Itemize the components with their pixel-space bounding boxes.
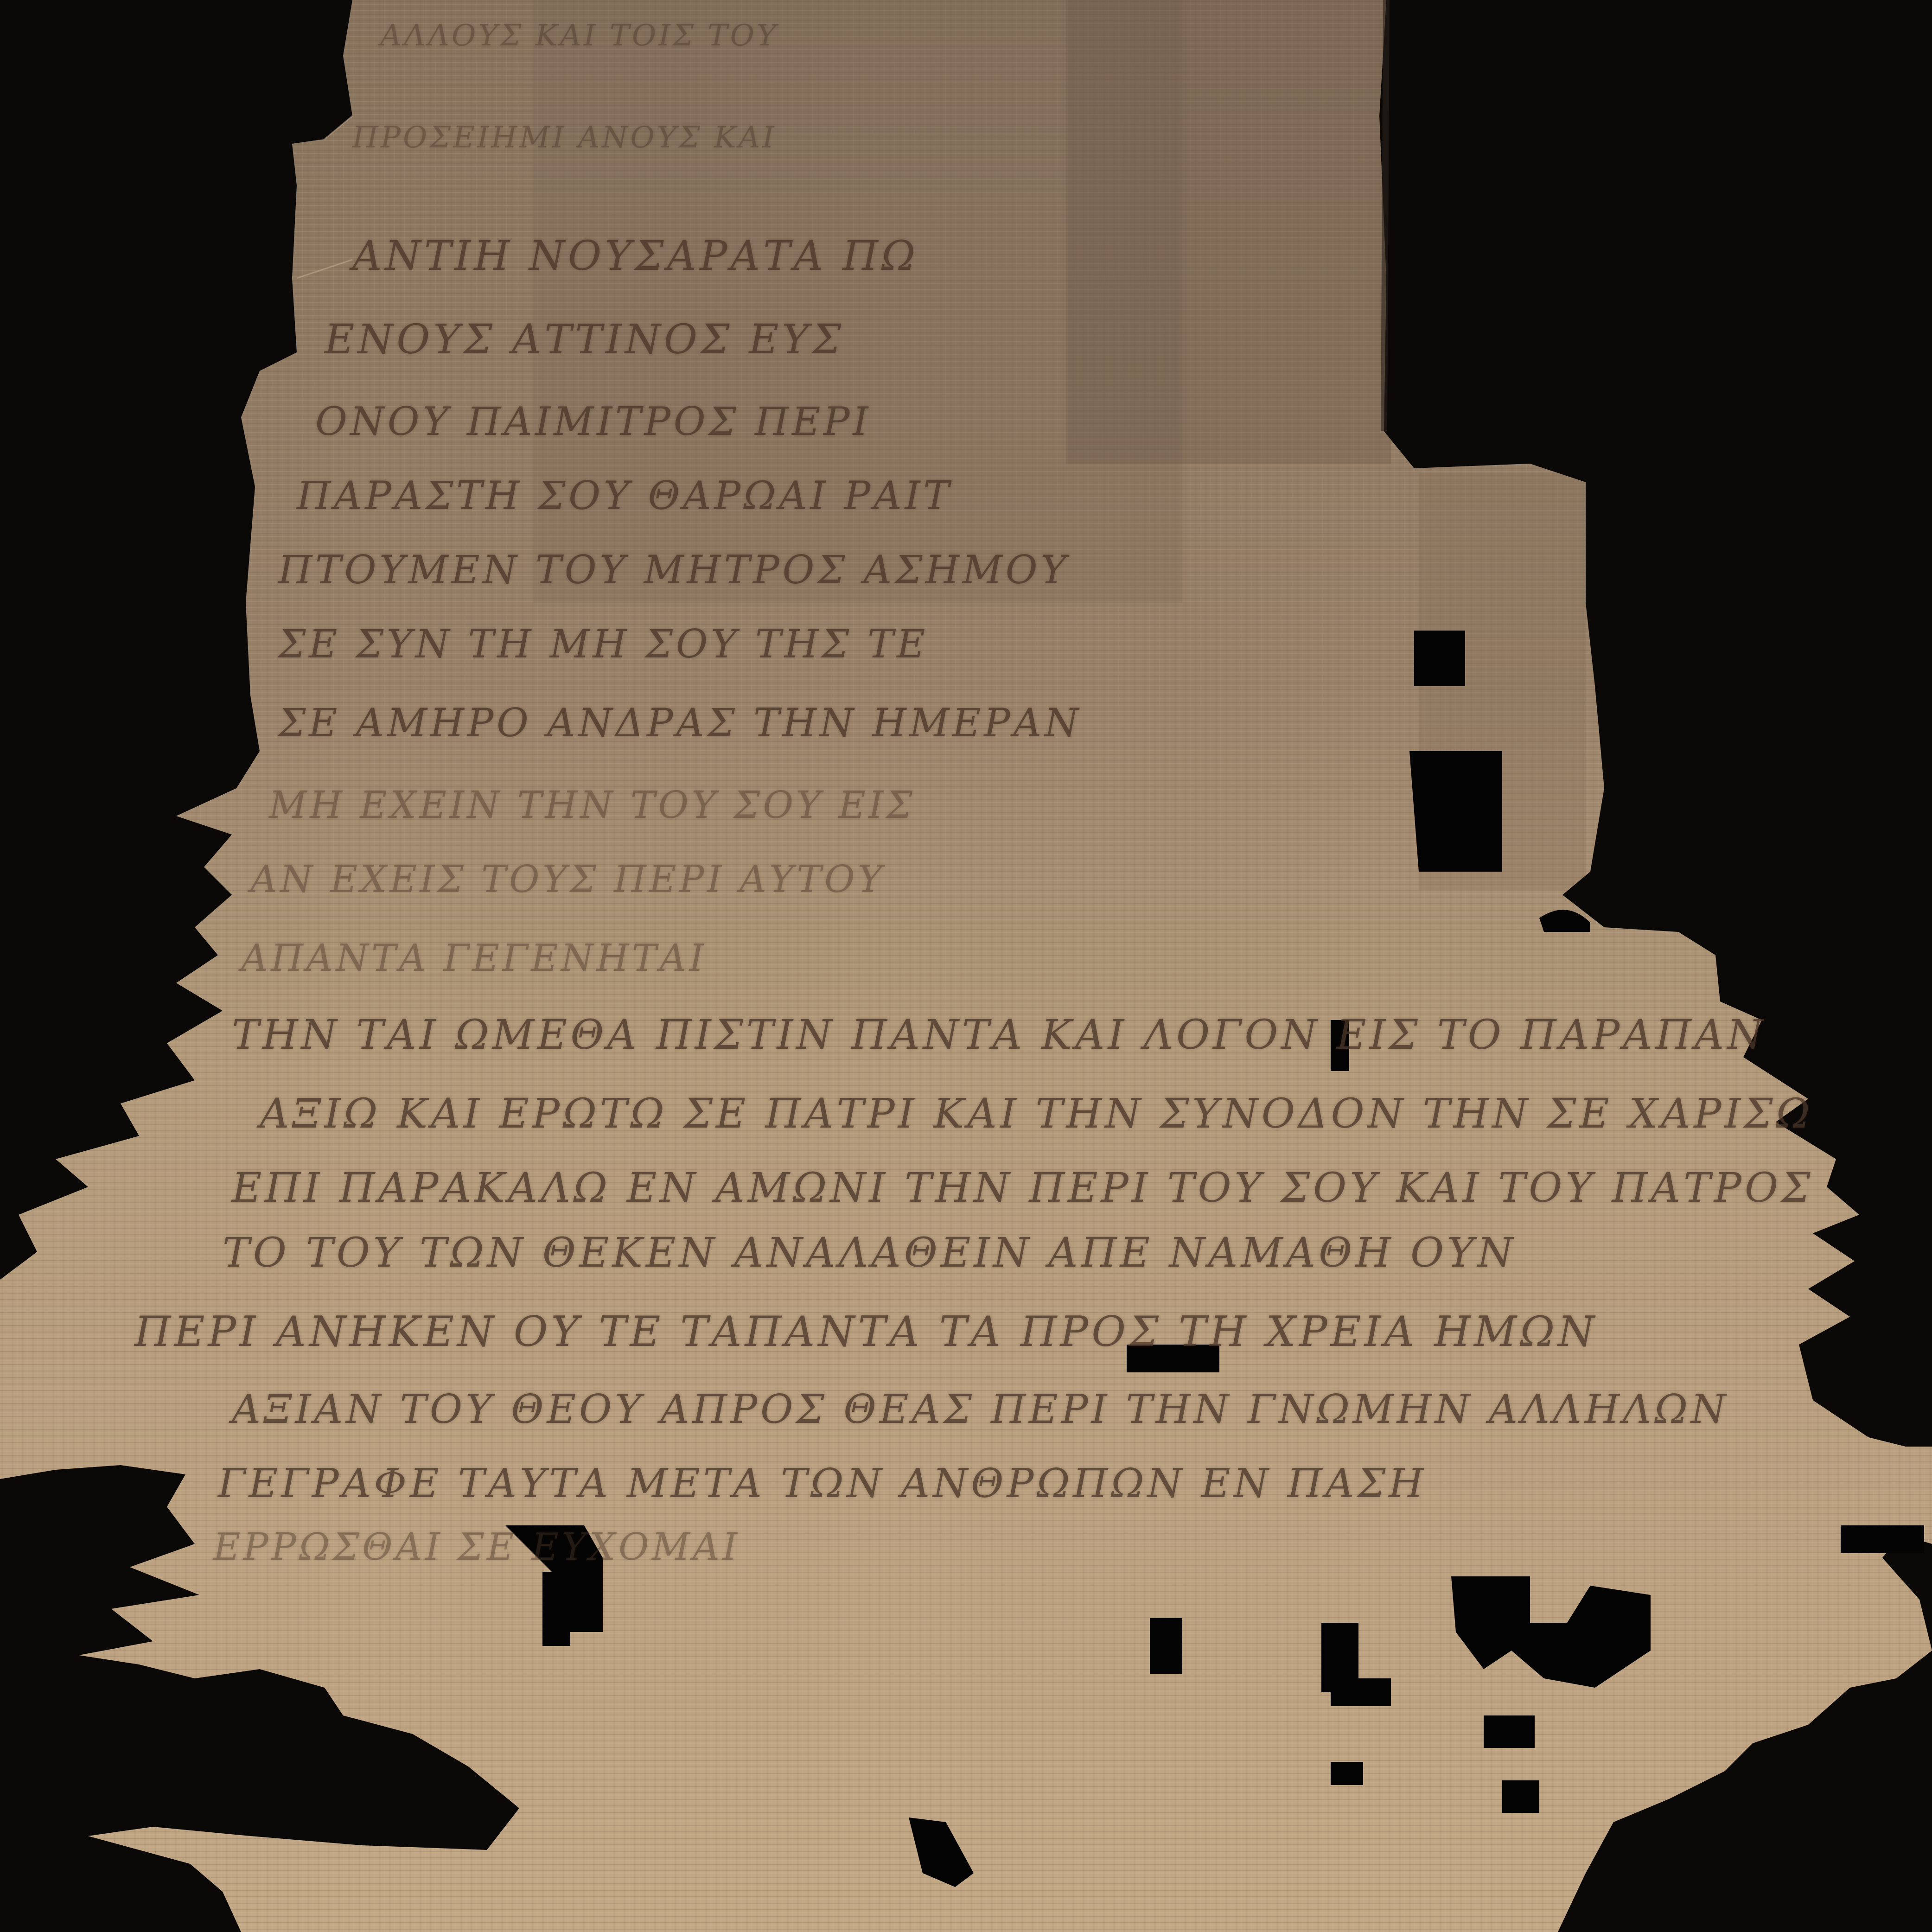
text-line: ΤΟ ΤΟΥ ΤΩΝ ΘΕΚΕΝ ΑΝΑΛΑΘΕΙΝ ΑΠΕ ΝΑΜΑΘΗ ΟΥ… [223,1229,1516,1276]
text-line: ΠΤΟΥΜΕΝ ΤΟΥ ΜΗΤΡΟΣ ΑΣΗΜΟΥ [278,547,1070,593]
text-line: ΕΡΡΩΣΘΑΙ ΣΕ ΕΥΧΟΜΑΙ [213,1525,740,1569]
text-line: ΑΝΤΙΗ ΝΟΥΣΑΡΑΤΑ ΠΩ [352,232,918,280]
text-line: ΑΝ ΕΧΕΙΣ ΤΟΥΣ ΠΕΡΙ ΑΥΤΟΥ [250,858,885,901]
text-line: ΣΕ ΑΜΗΡΟ ΑΝΔΡΑΣ ΤΗΝ ΗΜΕΡΑΝ [278,700,1082,746]
text-line: ΠΑΡΑΣΤΗ ΣΟΥ ΘΑΡΩΑΙ ΡΑΙΤ [297,473,952,518]
text-line: ΟΝΟΥ ΠΑΙΜΙΤΡΟΣ ΠΕΡΙ [315,399,871,444]
text-line: ΠΡΟΣΕΙΗΜΙ ΑΝΟΥΣ ΚΑΙ [352,121,777,155]
papyrus-photo: ΑΛΛΟΥΣ ΚΑΙ ΤΟΙΣ ΤΟΥ ΠΡΟΣΕΙΗΜΙ ΑΝΟΥΣ ΚΑΙ … [0,0,1932,1932]
text-line: ΓΕΓΡΑΦΕ ΤΑΥΤΑ ΜΕΤΑ ΤΩΝ ΑΝΘΡΩΠΩΝ ΕΝ ΠΑΣΗ [218,1460,1427,1507]
text-line: ΣΕ ΣΥΝ ΤΗ ΜΗ ΣΟΥ ΤΗΣ ΤΕ [278,621,928,667]
text-line: ΤΗΝ ΤΑΙ ΩΜΕΘΑ ΠΙΣΤΙΝ ΠΑΝΤΑ ΚΑΙ ΛΟΓΟΝ ΕΙΣ… [232,1011,1766,1058]
text-line: ΕΝΟΥΣ ΑΤΤΙΝΟΣ ΕΥΣ [325,315,844,363]
text-line: ΑΛΛΟΥΣ ΚΑΙ ΤΟΙΣ ΤΟΥ [380,19,778,53]
text-line: ΑΞΙΩ ΚΑΙ ΕΡΩΤΩ ΣΕ ΠΑΤΡΙ ΚΑΙ ΤΗΝ ΣΥΝΟΔΟΝ … [260,1090,1813,1137]
text-line: ΑΞΙΑΝ ΤΟΥ ΘΕΟΥ ΑΠΡΟΣ ΘΕΑΣ ΠΕΡΙ ΤΗΝ ΓΝΩΜΗ… [232,1386,1729,1433]
text-line: ΜΗ ΕΧΕΙΝ ΤΗΝ ΤΟΥ ΣΟΥ ΕΙΣ [269,784,915,827]
text-line: ΑΠΑΝΤΑ ΓΕΓΕΝΗΤΑΙ [241,937,707,980]
text-line: ΕΠΙ ΠΑΡΑΚΑΛΩ ΕΝ ΑΜΩΝΙ ΤΗΝ ΠΕΡΙ ΤΟΥ ΣΟΥ Κ… [232,1164,1813,1211]
text-line: ΠΕΡΙ ΑΝΗΚΕΝ ΟΥ ΤΕ ΤΑΠΑΝΤΑ ΤΑ ΠΡΟΣ ΤΗ ΧΡΕ… [134,1307,1598,1356]
